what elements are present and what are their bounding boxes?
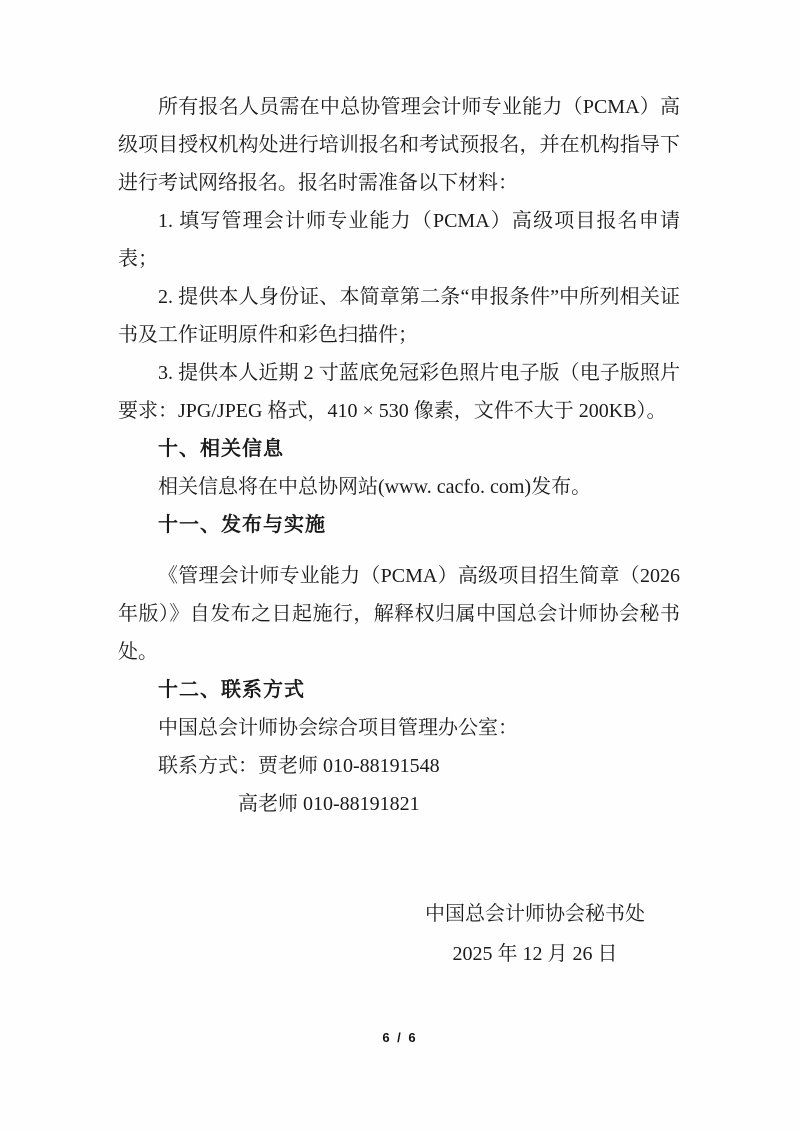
paragraph-contact-gao: 高老师 010-88191821 — [118, 785, 680, 823]
list-item-id-certificates: 2. 提供本人身份证、本简章第二条“申报条件”中所列相关证书及工作证明原件和彩色… — [118, 278, 680, 354]
document-page: 所有报名人员需在中总协管理会计师专业能力（PCMA）高级项目授权机构处进行培训报… — [0, 0, 800, 1131]
paragraph-contact-jia: 联系方式：贾老师 010-88191548 — [118, 747, 680, 785]
list-item-photo-requirements: 3. 提供本人近期 2 寸蓝底免冠彩色照片电子版（电子版照片要求：JPG/JPE… — [118, 354, 680, 430]
heading-section-10-related-info: 十、相关信息 — [118, 430, 680, 468]
page-number: 6 / 6 — [0, 1030, 800, 1045]
paragraph-related-info-website: 相关信息将在中总协网站(www. cacfo. com)发布。 — [118, 468, 680, 506]
paragraph-office-name: 中国总会计师协会综合项目管理办公室： — [118, 709, 680, 747]
heading-section-11-publication: 十一、发布与实施 — [118, 506, 680, 544]
document-body: 所有报名人员需在中总协管理会计师专业能力（PCMA）高级项目授权机构处进行培训报… — [118, 88, 680, 823]
list-item-application-form: 1. 填写管理会计师专业能力（PCMA）高级项目报名申请表； — [118, 202, 680, 278]
paragraph-publication-implementation: 《管理会计师专业能力（PCMA）高级项目招生简章（2026年版）》自发布之日起施… — [118, 557, 680, 671]
signature-organization: 中国总会计师协会秘书处 — [370, 894, 700, 934]
heading-section-12-contact: 十二、联系方式 — [118, 671, 680, 709]
paragraph-registration-intro: 所有报名人员需在中总协管理会计师专业能力（PCMA）高级项目授权机构处进行培训报… — [118, 88, 680, 202]
signature-block: 中国总会计师协会秘书处 2025 年 12 月 26 日 — [370, 894, 700, 974]
signature-date: 2025 年 12 月 26 日 — [370, 934, 700, 974]
